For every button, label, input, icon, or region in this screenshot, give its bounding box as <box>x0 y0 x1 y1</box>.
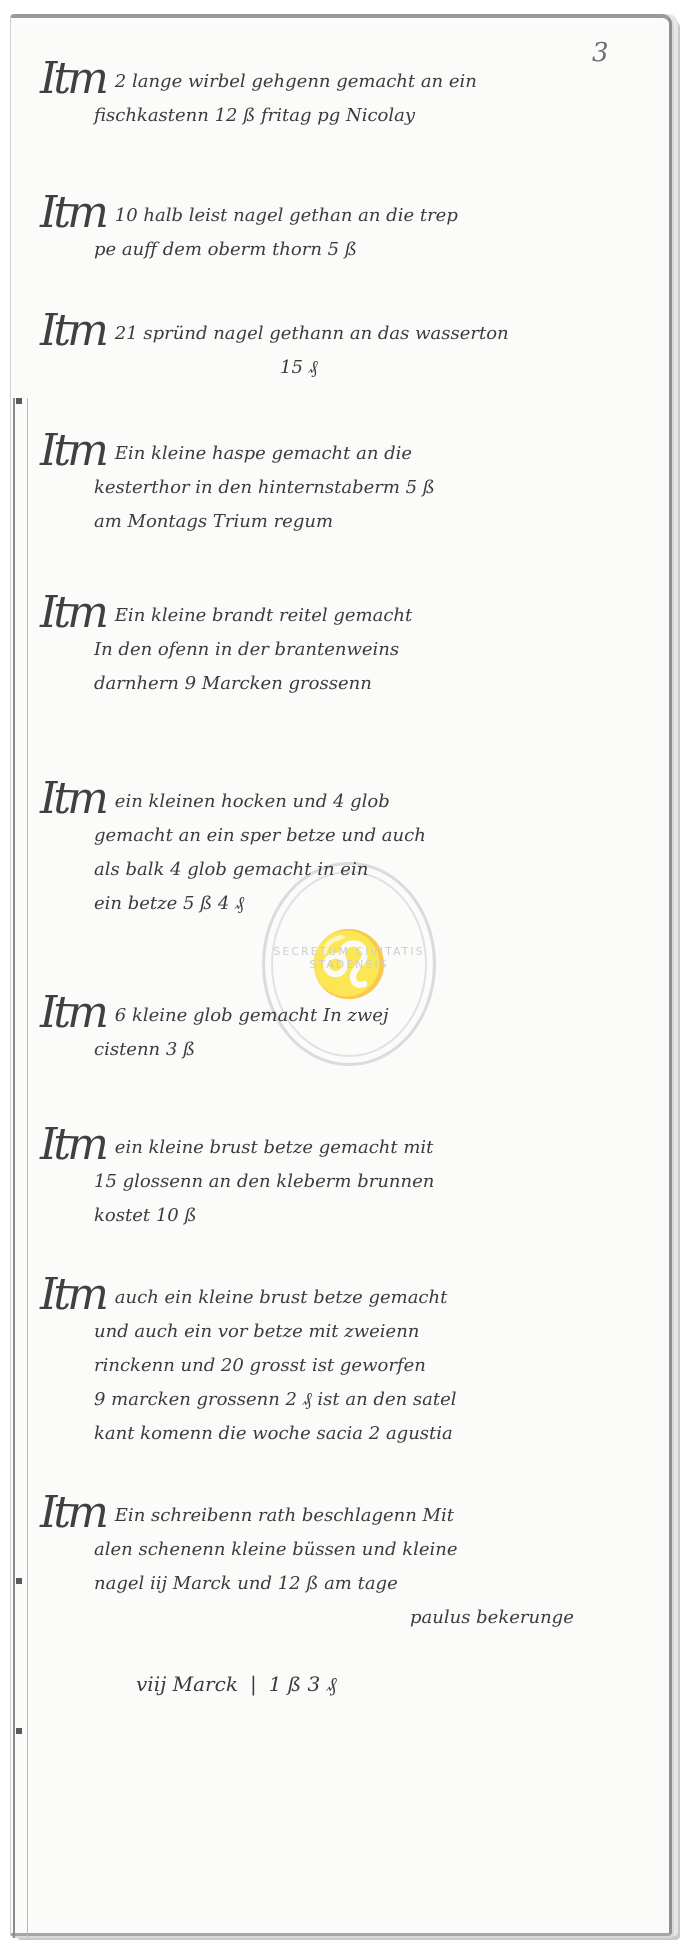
entry-line: fischkastenn 12 ß fritag pg Nicolay <box>40 99 660 133</box>
entry-line: Ein schreibenn rath beschlagenn Mit <box>115 1505 454 1526</box>
total-pence: 3 ₰ <box>308 1672 337 1696</box>
total-shillings: 1 ß <box>269 1672 301 1696</box>
item-mark: Itm <box>40 782 105 816</box>
seal-inscription: SECRETUM CIVITATIS STADENSIS <box>265 945 433 971</box>
entry-line: cistenn 3 ß <box>40 1033 660 1067</box>
entry-line: 9 marcken grossenn 2 ₰ ist an den satel <box>40 1383 660 1417</box>
ledger-entry: Itm10 halb leist nagel gethan an die tre… <box>40 196 660 267</box>
entry-line: ein betze 5 ß 4 ₰ <box>40 887 660 921</box>
item-mark: Itm <box>40 596 105 630</box>
entry-line: 15 glossenn an den kleberm brunnen <box>40 1165 660 1199</box>
ledger-entry: Itm21 spründ nagel gethann an das wasser… <box>40 314 660 385</box>
binding-thread <box>16 398 22 404</box>
entry-line: alen schenenn kleine büssen und kleine <box>40 1533 660 1567</box>
ledger-entry: ItmEin kleine haspe gemacht an die keste… <box>40 434 660 539</box>
entry-line: 6 kleine glob gemacht In zwej <box>115 1005 389 1026</box>
entry-date: paulus bekerunge <box>40 1601 660 1635</box>
entry-line: In den ofenn in der brantenweins <box>40 633 660 667</box>
item-mark: Itm <box>40 1496 105 1530</box>
entry-line: kesterthor in den hinternstaberm 5 ß <box>40 471 660 505</box>
item-mark: Itm <box>40 996 105 1030</box>
ledger-entry: Itm2 lange wirbel gehgenn gemacht an ein… <box>40 62 660 133</box>
entry-line: nagel iij Marck und 12 ß am tage <box>40 1567 660 1601</box>
entry-line: darnhern 9 Marcken grossenn <box>40 667 660 701</box>
entry-line: ein kleinen hocken und 4 glob <box>115 791 390 812</box>
binding-thread <box>16 1578 22 1584</box>
entry-line: auch ein kleine brust betze gemacht <box>115 1287 448 1308</box>
item-mark: Itm <box>40 1278 105 1312</box>
entry-line: kostet 10 ß <box>40 1199 660 1233</box>
entry-line: rinckenn und 20 grosst ist geworfen <box>40 1349 660 1383</box>
page-total: viij Marck|1 ß 3 ₰ <box>136 1672 337 1697</box>
entry-line: kant komenn die woche sacia 2 agustia <box>40 1417 660 1451</box>
item-mark: Itm <box>40 196 105 230</box>
entry-line: als balk 4 glob gemacht in ein <box>40 853 660 887</box>
entry-line: 21 spründ nagel gethann an das wasserton <box>115 323 509 344</box>
entry-line: pe auff dem oberm thorn 5 ß <box>40 233 660 267</box>
entry-line: Ein kleine brandt reitel gemacht <box>115 605 412 626</box>
entry-line: 10 halb leist nagel gethan an die trep <box>115 205 458 226</box>
entry-line: Ein kleine haspe gemacht an die <box>115 443 412 464</box>
total-separator: | <box>250 1672 257 1696</box>
ledger-entry: Itmauch ein kleine brust betze gemacht u… <box>40 1278 660 1451</box>
binding-edge <box>13 398 28 1938</box>
entry-amount: 15 ₰ <box>40 351 660 385</box>
item-mark: Itm <box>40 62 105 96</box>
binding-thread <box>16 1728 22 1734</box>
entry-line: 2 lange wirbel gehgenn gemacht an ein <box>115 71 477 92</box>
entry-line: ein kleine brust betze gemacht mit <box>115 1137 434 1158</box>
ledger-entry: Itmein kleinen hocken und 4 glob gemacht… <box>40 782 660 921</box>
entry-line: gemacht an ein sper betze und auch <box>40 819 660 853</box>
total-marks: viij Marck <box>136 1672 238 1696</box>
ledger-entry: Itmein kleine brust betze gemacht mit 15… <box>40 1128 660 1233</box>
item-mark: Itm <box>40 1128 105 1162</box>
item-mark: Itm <box>40 314 105 348</box>
entry-date: am Montags Trium regum <box>40 505 660 539</box>
ledger-entry: Itm6 kleine glob gemacht In zwej cistenn… <box>40 996 660 1067</box>
ledger-entry: ItmEin schreibenn rath beschlagenn Mit a… <box>40 1496 660 1635</box>
item-mark: Itm <box>40 434 105 468</box>
ledger-entry: ItmEin kleine brandt reitel gemacht In d… <box>40 596 660 701</box>
entry-line: und auch ein vor betze mit zweienn <box>40 1315 660 1349</box>
